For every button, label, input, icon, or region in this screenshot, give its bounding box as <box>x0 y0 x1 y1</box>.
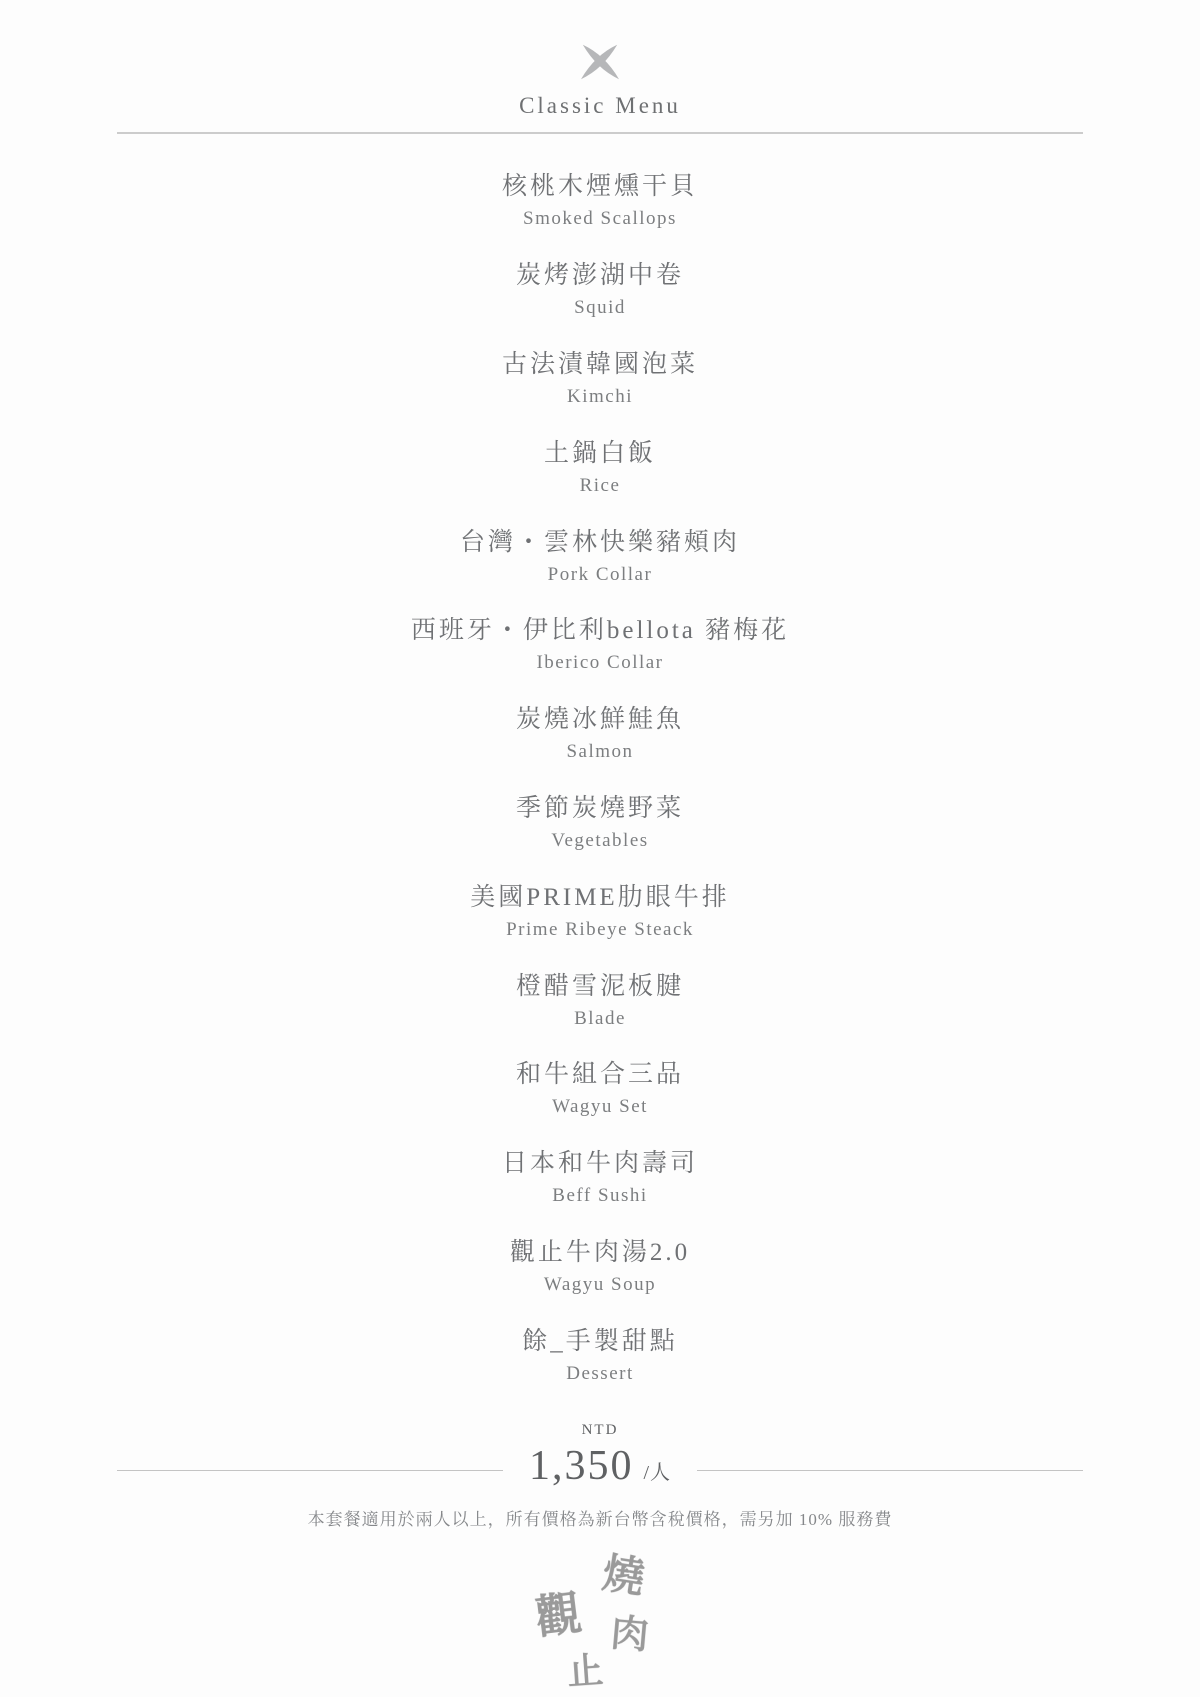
menu-item-title-zh: 炭燒冰鮮鮭魚 <box>516 703 684 737</box>
logo-char: 燒 <box>599 1540 650 1606</box>
menu-item-title-zh: 西班牙・伊比利bellota 豬梅花 <box>411 614 789 648</box>
menu-item: 古法漬韓國泡菜 Kimchi <box>0 335 1200 424</box>
menu-item-title-zh: 日本和牛肉壽司 <box>502 1147 698 1181</box>
menu-item-subtitle-en: Rice <box>580 473 621 499</box>
menu-item-title-zh: 古法漬韓國泡菜 <box>502 348 698 382</box>
price-block: NTD 1,350/人 <box>503 1420 697 1492</box>
price-divider-left <box>117 1470 503 1471</box>
menu-item-title-zh: 核桃木煙燻干貝 <box>502 170 698 204</box>
menu-item-title-zh: 炭烤澎湖中卷 <box>516 259 684 293</box>
menu-item-title-zh: 土鍋白飯 <box>544 437 656 471</box>
menu-item: 餘_手製甜點 Dessert <box>0 1311 1200 1400</box>
menu-item-title-zh: 橙醋雪泥板腱 <box>516 970 684 1004</box>
menu-item: 台灣・雲林快樂豬頰肉 Pork Collar <box>0 512 1200 601</box>
price-divider-right <box>697 1470 1083 1471</box>
menu-item-subtitle-en: Wagyu Set <box>552 1094 648 1120</box>
price-amount-row: 1,350/人 <box>529 1440 671 1492</box>
menu-item-subtitle-en: Pork Collar <box>548 562 653 588</box>
menu-item-subtitle-en: Kimchi <box>567 384 633 410</box>
menu-item-title-zh: 美國PRIME肋眼牛排 <box>470 881 729 915</box>
menu-item-subtitle-en: Beff Sushi <box>552 1183 647 1209</box>
logo-char: 觀 <box>531 1576 585 1647</box>
logo-char: 肉 <box>609 1601 652 1659</box>
price-section: NTD 1,350/人 <box>117 1420 1083 1492</box>
menu-item-subtitle-en: Vegetables <box>551 828 648 854</box>
page-title: Classic Menu <box>0 93 1200 119</box>
menu-item-title-zh: 和牛組合三品 <box>516 1058 684 1092</box>
menu-item: 土鍋白飯 Rice <box>0 423 1200 512</box>
menu-item: 炭烤澎湖中卷 Squid <box>0 246 1200 335</box>
menu-item-title-zh: 台灣・雲林快樂豬頰肉 <box>460 526 740 560</box>
price-unit: /人 <box>633 1462 671 1484</box>
menu-item-subtitle-en: Salmon <box>566 739 633 765</box>
menu-item-subtitle-en: Dessert <box>566 1361 633 1387</box>
menu-item-title-zh: 觀止牛肉湯2.0 <box>510 1236 690 1270</box>
menu-item: 橙醋雪泥板腱 Blade <box>0 956 1200 1045</box>
logo-char: 止 <box>565 1642 604 1695</box>
menu-item-title-zh: 餘_手製甜點 <box>522 1325 678 1359</box>
menu-list: 核桃木煙燻干貝 Smoked Scallops 炭烤澎湖中卷 Squid 古法漬… <box>0 134 1200 1400</box>
menu-item-subtitle-en: Prime Ribeye Steack <box>506 917 694 943</box>
menu-item: 日本和牛肉壽司 Beff Sushi <box>0 1134 1200 1223</box>
menu-item-subtitle-en: Wagyu Soup <box>544 1272 656 1298</box>
menu-item-subtitle-en: Blade <box>574 1006 626 1032</box>
menu-item-subtitle-en: Smoked Scallops <box>523 206 677 232</box>
menu-item: 美國PRIME肋眼牛排 Prime Ribeye Steack <box>0 867 1200 956</box>
menu-item-subtitle-en: Squid <box>574 295 626 321</box>
classic-menu-page: Classic Menu 核桃木煙燻干貝 Smoked Scallops 炭烤澎… <box>0 0 1200 1697</box>
price-currency: NTD <box>529 1420 671 1440</box>
restaurant-logo: 燒 觀 肉 止 <box>515 1545 685 1695</box>
menu-header: Classic Menu <box>0 0 1200 134</box>
menu-item: 和牛組合三品 Wagyu Set <box>0 1045 1200 1134</box>
menu-item: 核桃木煙燻干貝 Smoked Scallops <box>0 157 1200 246</box>
price-amount: 1,350 <box>529 1443 634 1489</box>
close-button[interactable] <box>577 43 623 81</box>
close-icon <box>577 43 623 81</box>
menu-item: 季節炭燒野菜 Vegetables <box>0 779 1200 868</box>
menu-item: 西班牙・伊比利bellota 豬梅花 Iberico Collar <box>0 601 1200 690</box>
service-note: 本套餐適用於兩人以上，所有價格為新台幣含稅價格，需另加 10% 服務費 <box>0 1508 1200 1532</box>
menu-item-subtitle-en: Iberico Collar <box>536 650 663 676</box>
menu-item: 觀止牛肉湯2.0 Wagyu Soup <box>0 1223 1200 1312</box>
menu-item: 炭燒冰鮮鮭魚 Salmon <box>0 690 1200 779</box>
menu-item-title-zh: 季節炭燒野菜 <box>516 792 684 826</box>
